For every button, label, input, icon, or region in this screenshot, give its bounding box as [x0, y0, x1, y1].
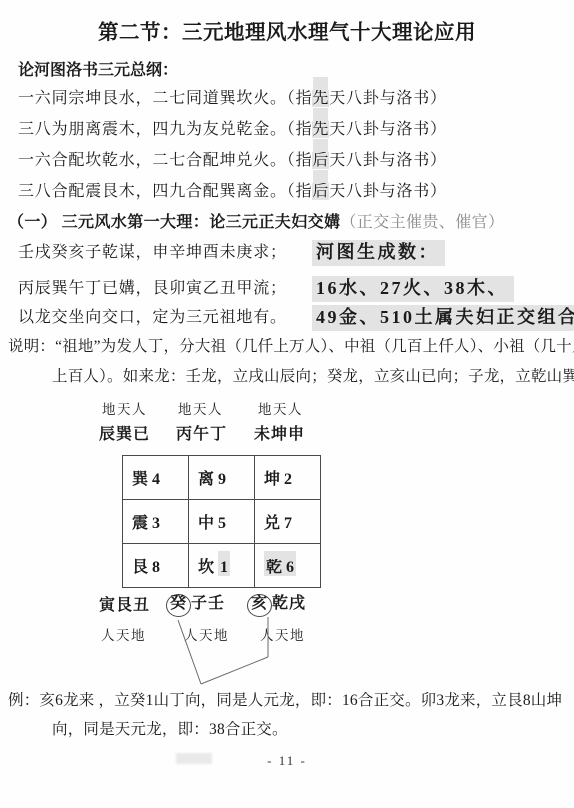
top-label: 地天人	[258, 402, 303, 419]
bottom-label: 人天地	[101, 628, 146, 645]
hetu-text: 河图生成数：	[312, 240, 445, 266]
couplet-text: 天八卦与洛书）	[329, 121, 447, 138]
hetu-highlight-line: 16水、27火、38木、	[312, 276, 514, 302]
cell-text: 艮 8	[132, 559, 160, 576]
couplet-text: 一六合配坎乾水，二七合配坤兑火。（指	[18, 152, 312, 169]
page-title: 第二节：三元地理风水理气十大理论应用	[0, 21, 574, 47]
cell-text: 坎	[198, 559, 218, 576]
grid-cell: 中 5	[189, 500, 255, 544]
grid-cell: 巽 4	[123, 456, 189, 500]
couplet-text: 天八卦与洛书）	[329, 90, 447, 107]
highlighted-char: 先	[312, 90, 329, 107]
couplet-line: 一六同宗坤艮水，二七同道巽坎火。（指先天八卦与洛书）	[18, 89, 447, 109]
cell-highlight: 乾 6	[264, 559, 296, 576]
note-line: 说明：“祖地”为发人丁，分大祖（几仟上万人）、中祖（几百上仟人）、小祖（几十人到	[8, 337, 574, 356]
bottom-mountain-group: 癸子壬	[166, 594, 225, 617]
section-heading-main: （一） 三元风水第一大理：论三元正夫妇交媾	[8, 214, 340, 231]
grid-row: 震 3 中 5 兑 7	[123, 500, 321, 544]
cell-text: 坤 2	[264, 471, 292, 488]
couplet-text: 三八为朋离震木，四九为友兑乾金。（指	[18, 121, 312, 138]
grid-cell: 兑 7	[255, 500, 321, 544]
grid-cell: 离 9	[189, 456, 255, 500]
verse-line: 以龙交坐向交口，定为三元祖地有。	[18, 308, 287, 328]
hetu-text: 16水、27火、38木、	[312, 276, 514, 302]
grid-row: 巽 4 离 9 坤 2	[123, 456, 321, 500]
example-line: 例：亥6龙来 ，立癸1山丁向，同是人元龙，即：16合正交。卯3龙来，立艮8山坤	[8, 691, 562, 710]
scanned-document-page: 第二节：三元地理风水理气十大理论应用 论河图洛书三元总纲： 一六同宗坤艮水，二七…	[0, 0, 574, 808]
luoshu-grid: 巽 4 离 9 坤 2 震 3 中 5 兑 7 艮 8 坎 1 乾 6	[122, 455, 321, 588]
hetu-highlight-line: 49金、510土属夫妇正交组合。	[312, 305, 574, 331]
cell-text: 兑 7	[264, 515, 292, 532]
top-mountain-group: 辰巽已	[99, 425, 150, 445]
page-number: - 11 -	[0, 753, 574, 769]
top-mountain-group: 未坤申	[254, 425, 305, 445]
couplet-text: 天八卦与洛书）	[329, 183, 447, 200]
intro-heading: 论河图洛书三元总纲：	[18, 61, 178, 81]
top-mountain-group: 丙午丁	[176, 425, 227, 445]
bottom-label: 人天地	[260, 628, 305, 645]
hetu-text: 49金、510土属夫妇正交组合。	[312, 305, 574, 331]
cell-text: 巽 4	[132, 471, 160, 488]
bottom-label: 人天地	[184, 628, 229, 645]
grid-cell: 坤 2	[255, 456, 321, 500]
mountain-text: 子壬	[191, 595, 225, 612]
cell-text: 震 3	[132, 515, 160, 532]
top-label: 地天人	[178, 402, 223, 419]
couplet-line: 一六合配坎乾水，二七合配坤兑火。（指后天八卦与洛书）	[18, 151, 447, 171]
highlighted-char: 后	[312, 183, 329, 200]
verse-line: 丙辰巽午丁已媾，艮卯寅乙丑甲流；	[18, 279, 287, 299]
circled-char: 癸	[166, 594, 191, 617]
grid-cell: 坎 1	[189, 544, 255, 588]
couplet-text: 一六同宗坤艮水，二七同道巽坎火。（指	[18, 90, 312, 107]
couplet-text: 天八卦与洛书）	[329, 152, 447, 169]
highlighted-char: 后	[312, 152, 329, 169]
grid-cell: 震 3	[123, 500, 189, 544]
cell-text: 中 5	[198, 515, 226, 532]
note-line: 上百人）。如来龙：壬龙，立戌山辰向；癸龙，立亥山已向；子龙，立乾山巽向等。	[52, 367, 574, 386]
bottom-mountain-group: 亥乾戌	[247, 594, 306, 617]
couplet-line: 三八为朋离震木，四九为友兑乾金。（指先天八卦与洛书）	[18, 120, 447, 140]
mountain-text: 寅艮丑	[99, 597, 150, 614]
mountain-text: 乾戌	[272, 595, 306, 612]
grid-row: 艮 8 坎 1 乾 6	[123, 544, 321, 588]
hetu-highlight-line: 河图生成数：	[312, 240, 445, 266]
section-heading-annotation: （正交主催贵、催官）	[340, 214, 504, 231]
couplet-text: 三八合配震艮木，四九合配巽离金。（指	[18, 183, 312, 200]
example-line: 向，同是天元龙，即：38合正交。	[52, 720, 288, 739]
grid-cell: 艮 8	[123, 544, 189, 588]
circled-char: 亥	[247, 594, 272, 617]
cell-highlight: 1	[218, 559, 230, 576]
top-label: 地天人	[102, 402, 147, 419]
couplet-line: 三八合配震艮木，四九合配巽离金。（指后天八卦与洛书）	[18, 182, 447, 202]
cell-text: 离 9	[198, 471, 226, 488]
bottom-mountain-group: 寅艮丑	[99, 596, 150, 616]
highlighted-char: 先	[312, 121, 329, 138]
grid-cell: 乾 6	[255, 544, 321, 588]
section-heading: （一） 三元风水第一大理：论三元正夫妇交媾（正交主催贵、催官）	[8, 213, 504, 233]
verse-line: 壬戌癸亥子乾谋，申辛坤酉未庚求；	[18, 243, 287, 263]
